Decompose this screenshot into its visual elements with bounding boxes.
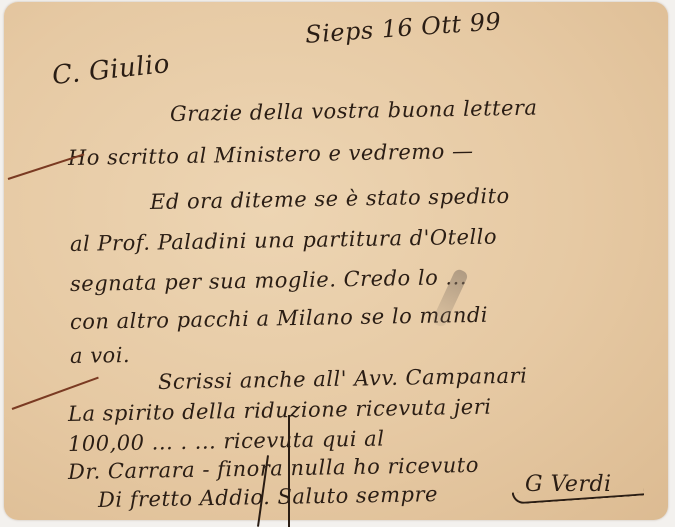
letter-line: a voi. xyxy=(70,343,131,368)
ink-stroke xyxy=(288,415,290,527)
